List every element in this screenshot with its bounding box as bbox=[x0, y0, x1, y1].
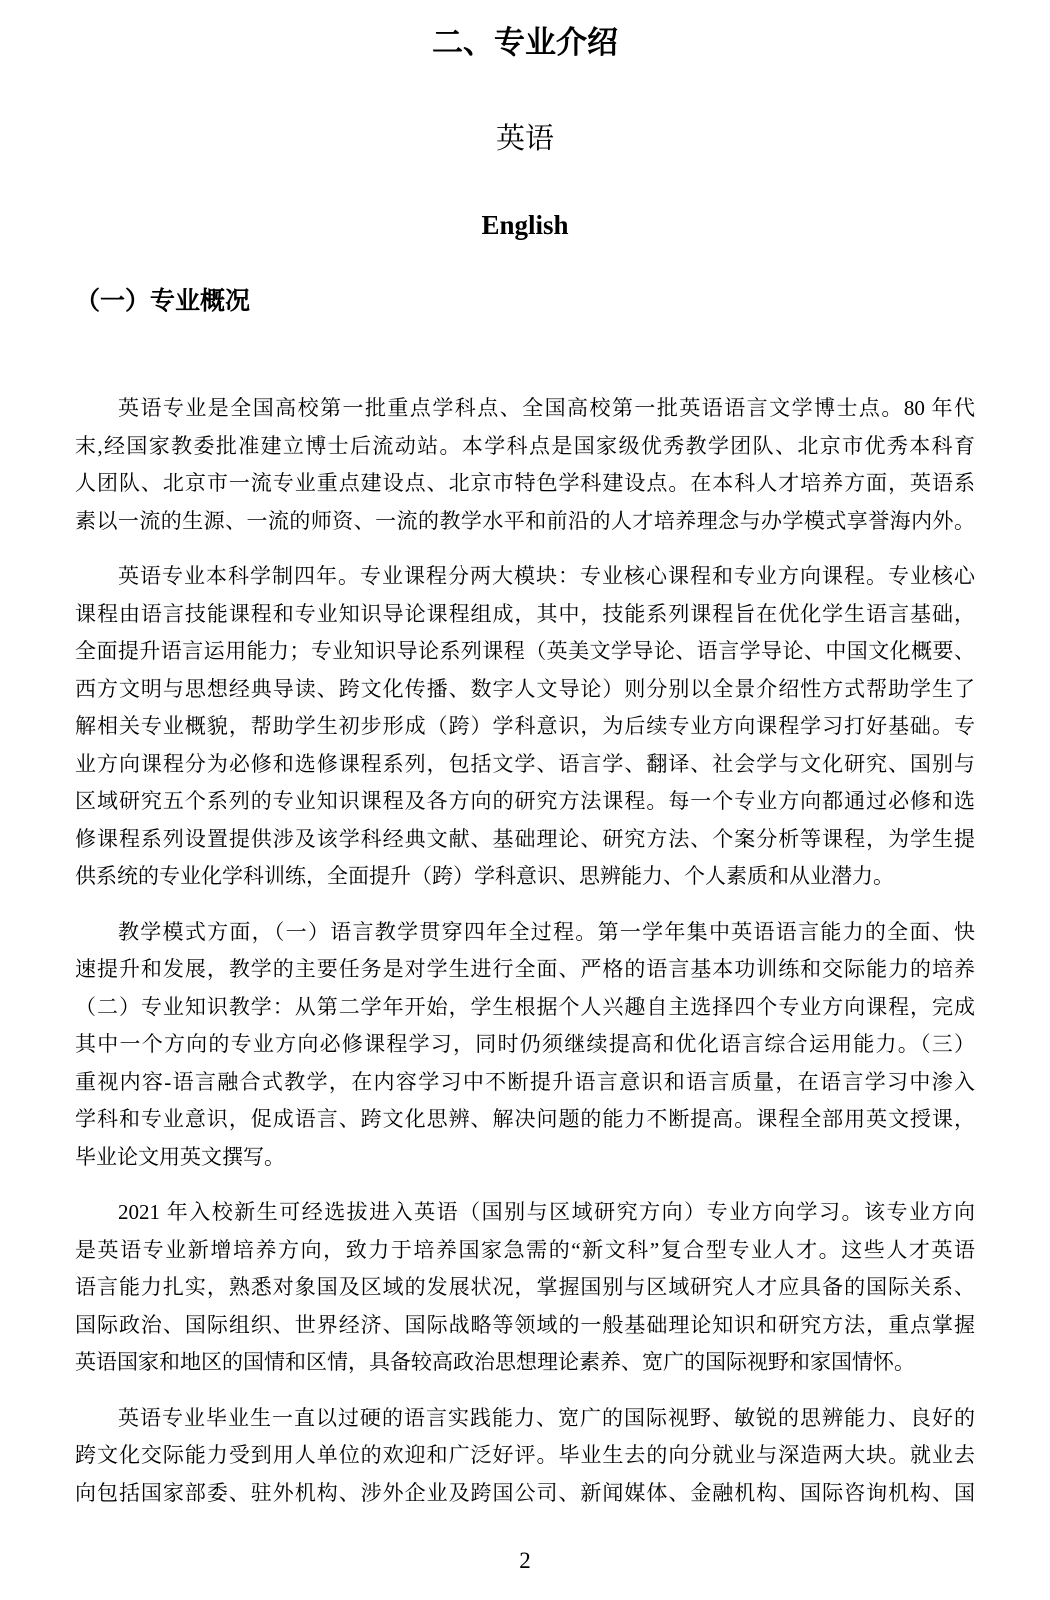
text-line: 修课程系列设置提供涉及该学科经典文献、基础理论、研究方法、个案分析等课程，为学生… bbox=[75, 821, 975, 859]
section-heading: （一）专业概况 bbox=[75, 286, 975, 316]
page-number: 2 bbox=[0, 1548, 1050, 1574]
text-line: 速提升和发展，教学的主要任务是对学生进行全面、严格的语言基本功训练和交际能力的培… bbox=[75, 951, 975, 989]
text-line: 业方向课程分为必修和选修课程系列，包括文学、语言学、翻译、社会学与文化研究、国别… bbox=[75, 746, 975, 784]
text-line: 素以一流的生源、一流的师资、一流的教学水平和前沿的人才培养理念与办学模式享誉海内… bbox=[75, 503, 975, 541]
paragraph: 2021 年入校新生可经选拔进入英语（国别与区域研究方向）专业方向学习。该专业方… bbox=[75, 1194, 975, 1382]
document-body: 英语专业是全国高校第一批重点学科点、全国高校第一批英语语言文学博士点。80 年代… bbox=[75, 390, 975, 1512]
text-line: 英语专业毕业生一直以过硬的语言实践能力、宽广的国际视野、敏锐的思辨能力、良好的 bbox=[75, 1400, 975, 1438]
text-line: 解相关专业概貌，帮助学生初步形成（跨）学科意识，为后续专业方向课程学习打好基础。… bbox=[75, 708, 975, 746]
text-line: 全面提升语言运用能力；专业知识导论系列课程（英美文学导论、语言学导论、中国文化概… bbox=[75, 633, 975, 671]
text-line: 重视内容-语言融合式教学，在内容学习中不断提升语言意识和语言质量，在语言学习中渗… bbox=[75, 1064, 975, 1102]
major-title-cn: 英语 bbox=[75, 123, 975, 155]
text-line: 学科和专业意识，促成语言、跨文化思辨、解决问题的能力不断提高。课程全部用英文授课… bbox=[75, 1101, 975, 1139]
paragraph: 英语专业本科学制四年。专业课程分两大模块：专业核心课程和专业方向课程。专业核心课… bbox=[75, 558, 975, 896]
text-line: 英语专业本科学制四年。专业课程分两大模块：专业核心课程和专业方向课程。专业核心 bbox=[75, 558, 975, 596]
text-line: 国际政治、国际组织、世界经济、国际战略等领域的一般基础理论知识和研究方法，重点掌… bbox=[75, 1307, 975, 1345]
text-line: 区域研究五个系列的专业知识课程及各方向的研究方法课程。每一个专业方向都通过必修和… bbox=[75, 783, 975, 821]
text-line: 末,经国家教委批准建立博士后流动站。本学科点是国家级优秀教学团队、北京市优秀本科… bbox=[75, 428, 975, 466]
text-line: 教学模式方面，（一）语言教学贯穿四年全过程。第一学年集中英语语言能力的全面、快 bbox=[75, 914, 975, 952]
paragraph: 英语专业是全国高校第一批重点学科点、全国高校第一批英语语言文学博士点。80 年代… bbox=[75, 390, 975, 540]
major-title-en: English bbox=[75, 210, 975, 240]
text-line: 供系统的专业化学科训练，全面提升（跨）学科意识、思辨能力、个人素质和从业潜力。 bbox=[75, 858, 975, 896]
text-line: 跨文化交际能力受到用人单位的欢迎和广泛好评。毕业生去的向分就业与深造两大块。就业… bbox=[75, 1437, 975, 1475]
text-line: 西方文明与思想经典导读、跨文化传播、数字人文导论）则分别以全景介绍性方式帮助学生… bbox=[75, 671, 975, 709]
text-line: 向包括国家部委、驻外机构、涉外企业及跨国公司、新闻媒体、金融机构、国际咨询机构、… bbox=[75, 1475, 975, 1513]
text-line: 人团队、北京市一流专业重点建设点、北京市特色学科建设点。在本科人才培养方面，英语… bbox=[75, 465, 975, 503]
document-page: 二、专业介绍 英语 English （一）专业概况 英语专业是全国高校第一批重点… bbox=[0, 0, 1050, 1600]
text-line: 其中一个方向的专业方向必修课程学习，同时仍须继续提高和优化语言综合运用能力。（三… bbox=[75, 1026, 975, 1064]
text-line: 语言能力扎实，熟悉对象国及区域的发展状况，掌握国别与区域研究人才应具备的国际关系… bbox=[75, 1269, 975, 1307]
text-line: 是英语专业新增培养方向，致力于培养国家急需的“新文科”复合型专业人才。这些人才英… bbox=[75, 1232, 975, 1270]
text-line: 毕业论文用英文撰写。 bbox=[75, 1139, 975, 1177]
doc-title: 二、专业介绍 bbox=[75, 0, 975, 61]
text-line: 2021 年入校新生可经选拔进入英语（国别与区域研究方向）专业方向学习。该专业方… bbox=[75, 1194, 975, 1232]
text-line: （二）专业知识教学：从第二学年开始，学生根据个人兴趣自主选择四个专业方向课程，完… bbox=[75, 989, 975, 1027]
text-line: 课程由语言技能课程和专业知识导论课程组成，其中，技能系列课程旨在优化学生语言基础… bbox=[75, 596, 975, 634]
text-line: 英语专业是全国高校第一批重点学科点、全国高校第一批英语语言文学博士点。80 年代 bbox=[75, 390, 975, 428]
paragraph: 教学模式方面，（一）语言教学贯穿四年全过程。第一学年集中英语语言能力的全面、快速… bbox=[75, 914, 975, 1177]
paragraph: 英语专业毕业生一直以过硬的语言实践能力、宽广的国际视野、敏锐的思辨能力、良好的跨… bbox=[75, 1400, 975, 1513]
text-line: 英语国家和地区的国情和区情，具备较高政治思想理论素养、宽广的国际视野和家国情怀。 bbox=[75, 1344, 975, 1382]
